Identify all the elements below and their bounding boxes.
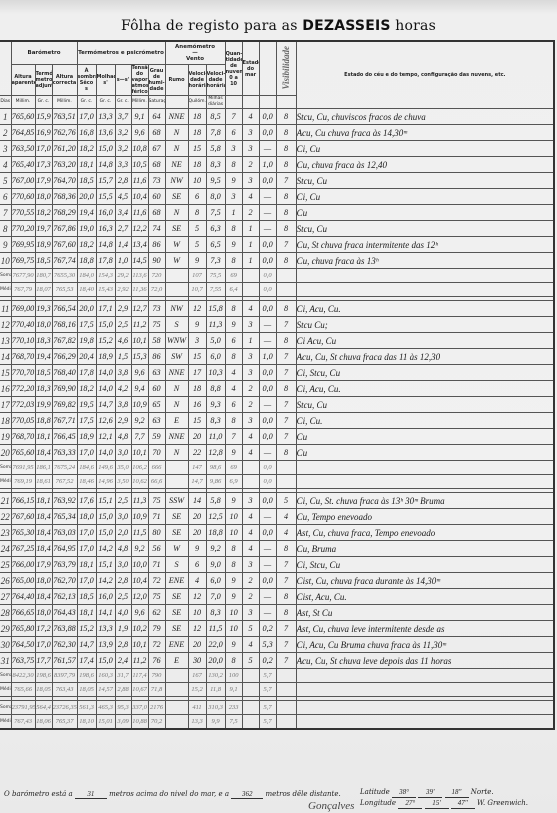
cell-s: 17,8 [77,365,96,381]
cell-t: 19,7 [35,221,52,237]
cell-p: 772,03 [11,397,35,413]
cell-mar: 2 [242,381,259,397]
summary-cell: 15,01 [96,715,115,730]
summary-cell: 107 [188,269,206,283]
cell-ch: 0,0 [259,109,276,125]
summary-cell: 0,0 [259,269,276,283]
cell-m: 14,8 [96,157,115,173]
summary-cell: 15,2 [188,683,206,697]
cell-t: 17,0 [35,637,52,653]
summary-cell: 5,7 [259,715,276,730]
cell-pc: 763,92 [52,493,77,509]
summary-cell: 10,88 [131,715,148,730]
summary-row: Soma7677,90180,77655,30184,0154,329,2113… [0,269,554,283]
cell-vis: 8 [276,141,296,157]
cell-v: 9,6 [131,605,148,621]
cell-k: 14 [188,493,206,509]
cell-v: 9,4 [131,381,148,397]
cell-ml: 18,8 [206,525,225,541]
cell-vis: 7 [276,365,296,381]
cell-s: 19,4 [77,205,96,221]
summary-cell: 8397,79 [52,669,77,683]
summary-row: Média769,1918,61767,5218,4614,963,5010,6… [0,475,554,489]
summary-cell: 18,06 [35,715,52,730]
summary-cell [276,701,296,715]
cell-vis: 7 [276,413,296,429]
cell-t: 17,0 [35,141,52,157]
sky-description: Stcu Cu; [296,317,554,333]
cell-h: 80 [148,525,165,541]
cell-d: 2,5 [115,493,131,509]
sky-description: Stcu, Cu, chuviscos fracos de chuva [296,109,554,125]
summary-cell [165,475,188,489]
cell-p: 765,80 [11,621,35,637]
cell-n: 9 [225,445,242,461]
cell-vis: 8 [276,205,296,221]
cell-ml: 9,3 [206,397,225,413]
summary-cell: 6,4 [225,283,242,297]
cell-s: 18,0 [77,509,96,525]
cell-ch: — [259,333,276,349]
summary-cell: 113,6 [131,269,148,283]
summary-cell: 95,3 [115,701,131,715]
cell-m: 13,3 [96,621,115,637]
cell-v: 10,9 [131,509,148,525]
cell-pc: 767,71 [52,413,77,429]
cell-mar: 3 [242,493,259,509]
cell-r: W [165,237,188,253]
cell-pc: 763,20 [52,157,77,173]
day-cell: 20 [0,445,11,461]
day-cell: 24 [0,541,11,557]
unit-cell [259,96,276,109]
unit-cell [165,96,188,109]
cell-ch: 0,0 [259,381,276,397]
summary-cell: 117,4 [131,669,148,683]
cell-s: 18,1 [77,557,96,573]
cell-h: 86 [148,349,165,365]
cell-k: 18 [188,157,206,173]
unit-cell: Millim. [52,96,77,109]
cell-h: 90 [148,253,165,269]
summary-row: Soma7691,95186,17675,24184,6149,635,0106… [0,461,554,475]
summary-cell [276,669,296,683]
cell-h: 58 [148,333,165,349]
table-row: 6770,6018,0768,3620,015,54,510,460SE68,0… [0,189,554,205]
summary-label: Soma [0,701,11,715]
table-row: 29765,8017,2763,8815,213,31,910,279SE121… [0,621,554,637]
cell-ch: 1,0 [259,349,276,365]
table-row: 20765,6018,4763,3317,014,03,010,170N2212… [0,445,554,461]
cell-r: N [165,397,188,413]
cell-m: 16,3 [96,221,115,237]
cell-p: 770,10 [11,333,35,349]
day-cell: 12 [0,317,11,333]
cell-k: 20 [188,525,206,541]
cell-m: 15,7 [96,173,115,189]
cell-ch: — [259,509,276,525]
day-cell: 13 [0,333,11,349]
header-humidade: Grau de humi-dade [148,65,165,96]
sky-description: Cu, St chuva fraca intermitente das 12ʰ [296,237,554,253]
cell-k: 30 [188,653,206,669]
cell-ch: — [259,221,276,237]
cell-vis: 8 [276,541,296,557]
summary-desc [296,283,554,297]
cell-n: 10 [225,525,242,541]
cell-n: 8 [225,541,242,557]
cell-mar: 4 [242,637,259,653]
table-row: 30764,5017,0762,3014,713,92,810,172ENE20… [0,637,554,653]
cell-k: 20 [188,509,206,525]
summary-cell: 0,0 [259,283,276,297]
cell-v: 7,7 [131,429,148,445]
day-cell: 6 [0,189,11,205]
cell-d: 2,8 [115,573,131,589]
cell-v: 11,3 [131,493,148,509]
cell-pc: 767,60 [52,237,77,253]
cell-s: 19,0 [77,221,96,237]
cell-v: 10,8 [131,141,148,157]
table-row: 8770,2019,7767,8619,016,32,712,274SE56,3… [0,221,554,237]
summary-cell: 149,6 [96,461,115,475]
summary-desc [296,683,554,697]
cell-d: 1,0 [115,253,131,269]
cell-d: 2,7 [115,221,131,237]
summary-cell: 154,3 [96,269,115,283]
cell-h: 56 [148,541,165,557]
day-cell: 16 [0,381,11,397]
cell-n: 10 [225,509,242,525]
summary-cell: 18,46 [77,475,96,489]
day-cell: 31 [0,653,11,669]
cell-m: 13,9 [96,637,115,653]
summary-cell: 18,05 [77,683,96,697]
cell-vis: 7 [276,237,296,253]
cell-r: NE [165,157,188,173]
cell-s: 18,1 [77,157,96,173]
cell-n: 7 [225,109,242,125]
day-cell: 25 [0,557,11,573]
header-rumo: Rumo [165,65,188,96]
cell-t: 16,9 [35,125,52,141]
cell-ml: 8,0 [206,189,225,205]
summary-cell [242,683,259,697]
cell-t: 18,0 [35,317,52,333]
cell-t: 17,9 [35,557,52,573]
table-row: 3763,5017,0761,2018,215,03,210,867N155,8… [0,141,554,157]
cell-t: 18,5 [35,253,52,269]
cell-vis: 7 [276,173,296,189]
summary-cell: 7,55 [206,283,225,297]
cell-ch: 1,0 [259,157,276,173]
table-row: 26765,0018,0762,7017,014,22,810,472ENE46… [0,573,554,589]
cell-k: 20 [188,637,206,653]
cell-k: 20 [188,429,206,445]
cell-h: 65 [148,397,165,413]
latitude-line: Latitude 38° 39' 18" Norte. [360,787,528,798]
cell-p: 770,05 [11,413,35,429]
cell-s: 17,0 [77,525,96,541]
summary-cell: 106,2 [131,461,148,475]
cell-mar: 1 [242,253,259,269]
cell-t: 18,1 [35,429,52,445]
day-cell: 28 [0,605,11,621]
cell-r: SE [165,189,188,205]
cell-m: 12,1 [96,429,115,445]
cell-ch: 0,0 [259,253,276,269]
cell-mar: 2 [242,205,259,221]
summary-cell: 11,36 [131,283,148,297]
sky-description: Ci, Cu. [296,413,554,429]
cell-k: 16 [188,397,206,413]
summary-cell: 66,6 [148,475,165,489]
cell-h: 73 [148,301,165,317]
summary-cell [165,715,188,730]
cell-p: 765,60 [11,109,35,125]
cell-v: 11,2 [131,653,148,669]
header-anemometro: Anemómetro—Vento [165,41,225,65]
cell-r: S [165,557,188,573]
cell-h: 67 [148,141,165,157]
cell-r: SE [165,605,188,621]
summary-cell: 9,1 [225,683,242,697]
cell-mar: 5 [242,621,259,637]
cell-n: 3 [225,189,242,205]
summary-desc [296,669,554,683]
cell-d: 3,0 [115,445,131,461]
cell-m: 14,2 [96,573,115,589]
cell-ml: 22,0 [206,637,225,653]
sky-description: Ast, St Cu [296,605,554,621]
cell-ml: 6,3 [206,221,225,237]
cell-mar: 3 [242,557,259,573]
cell-pc: 763,88 [52,621,77,637]
cell-r: E [165,413,188,429]
table-row: 18770,0518,8767,7117,512,62,99,263E158,3… [0,413,554,429]
table-row: 27764,4018,4762,1318,516,02,512,075SE127… [0,589,554,605]
summary-cell: 765,37 [52,715,77,730]
cell-mar: 4 [242,509,259,525]
summary-cell: 3,09 [115,715,131,730]
summary-cell: 18,10 [77,715,96,730]
cell-s: 17,0 [77,573,96,589]
altitude-value: 31 [75,790,107,799]
cell-t: 18,4 [35,509,52,525]
cell-s: 17,0 [77,541,96,557]
log-body: 1765,6015,9763,5117,013,33,79,164NNE188,… [0,109,554,730]
cell-v: 10,2 [131,621,148,637]
cell-mar: 4 [242,109,259,125]
summary-cell: 337,0 [131,701,148,715]
summary-cell: 411 [188,701,206,715]
cell-s: 20,0 [77,301,96,317]
cell-vis: 8 [276,589,296,605]
cell-mar: 4 [242,525,259,541]
cell-ch: 0,0 [259,493,276,509]
cell-v: 13,4 [131,237,148,253]
sky-description: Stcu, Cu [296,397,554,413]
cell-m: 15,0 [96,525,115,541]
summary-desc [296,461,554,475]
cell-s: 18,2 [77,141,96,157]
sky-description: Ci, Acu, Cu Bruma chuva fraca às 11,30ᵐ [296,637,554,653]
summary-cell: 0,0 [259,461,276,475]
cell-pc: 763,03 [52,525,77,541]
sky-description: Acu, Cu chuva fraca às 14,30ᵐ [296,125,554,141]
table-row: 31763,7517,7761,5717,415,02,411,276E3020… [0,653,554,669]
cell-pc: 767,86 [52,221,77,237]
cell-ch: 5,3 [259,637,276,653]
summary-row: Soma23791,95564,423726,35561,3465,395,33… [0,701,554,715]
cell-p: 767,25 [11,541,35,557]
cell-r: W [165,253,188,269]
cell-pc: 762,13 [52,589,77,605]
sky-description: Acu, Cu, St chuva leve depois das 11 hor… [296,653,554,669]
cell-pc: 769,82 [52,397,77,413]
day-cell: 19 [0,429,11,445]
cell-t: 18,4 [35,541,52,557]
cell-vis: 8 [276,253,296,269]
cell-n: 8 [225,413,242,429]
cell-k: 17 [188,365,206,381]
unit-cell [225,96,242,109]
cell-v: 11,5 [131,525,148,541]
cell-t: 18,4 [35,589,52,605]
cell-ml: 8,3 [206,413,225,429]
cell-ml: 7,3 [206,253,225,269]
cell-n: 9 [225,317,242,333]
cell-t: 18,3 [35,381,52,397]
unit-cell: Gr. c. [77,96,96,109]
cell-d: 3,3 [115,157,131,173]
cell-s: 17,0 [77,109,96,125]
day-cell: 14 [0,349,11,365]
cell-v: 12,2 [131,221,148,237]
cell-r: ENE [165,573,188,589]
summary-cell: 561,3 [77,701,96,715]
cell-ch: 0,0 [259,413,276,429]
cell-pc: 762,76 [52,125,77,141]
cell-t: 18,9 [35,237,52,253]
cell-ch: — [259,397,276,413]
summary-cell [242,701,259,715]
cell-h: 86 [148,237,165,253]
unit-cell: Gr. c. [115,96,131,109]
cell-t: 19,4 [35,349,52,365]
summary-cell [276,269,296,283]
summary-cell: 15,43 [96,283,115,297]
cell-mar: 2 [242,397,259,413]
summary-cell: 5,7 [259,669,276,683]
cell-ch: — [259,589,276,605]
cell-mar: 4 [242,429,259,445]
cell-n: 8 [225,253,242,269]
cell-vis: 8 [276,301,296,317]
cell-m: 14,0 [96,381,115,397]
cell-d: 2,9 [115,413,131,429]
cell-mar: 3 [242,349,259,365]
sky-description: Cist, Acu, Cu. [296,589,554,605]
cell-k: 18 [188,381,206,397]
cell-r: N [165,445,188,461]
cell-ml: 10,3 [206,365,225,381]
cell-t: 18,0 [35,605,52,621]
cell-d: 3,8 [115,397,131,413]
cell-m: 14,0 [96,365,115,381]
cell-h: 60 [148,381,165,397]
summary-cell [165,683,188,697]
sky-description: Ci, Acu, Cu. [296,381,554,397]
cell-m: 14,0 [96,445,115,461]
cell-ch: — [259,605,276,621]
summary-cell: 767,79 [11,283,35,297]
summary-cell: 7,5 [225,715,242,730]
summary-cell: 763,43 [52,683,77,697]
cell-ml: 6,5 [206,237,225,253]
cell-n: 8 [225,157,242,173]
summary-row: Média765,6618,05763,4318,0514,572,8810,6… [0,683,554,697]
summary-cell: 98,6 [206,461,225,475]
table-row: 17772,0319,9769,8219,514,73,810,965N169,… [0,397,554,413]
cell-vis: 8 [276,333,296,349]
cell-n: 4 [225,365,242,381]
cell-d: 3,7 [115,109,131,125]
cell-m: 15,5 [96,189,115,205]
table-row: 5767,0017,9764,7018,515,72,811,673NW109,… [0,173,554,189]
cell-n: 9 [225,573,242,589]
cell-s: 17,5 [77,317,96,333]
cell-k: 6 [188,189,206,205]
cell-k: 10 [188,605,206,621]
cell-ml: 7,0 [206,589,225,605]
summary-desc [296,715,554,730]
cell-pc: 767,82 [52,333,77,349]
cell-r: SE [165,525,188,541]
cell-mar: 4 [242,189,259,205]
summary-desc [296,475,554,489]
cell-k: 15 [188,413,206,429]
cell-t: 17,7 [35,653,52,669]
day-cell: 9 [0,237,11,253]
cell-k: 15 [188,141,206,157]
cell-r: SE [165,509,188,525]
cell-k: 18 [188,125,206,141]
cell-t: 19,9 [35,397,52,413]
cell-pc: 764,70 [52,173,77,189]
summary-row: Soma8422,30198,68397,79198,6160,331,7117… [0,669,554,683]
summary-cell [242,715,259,730]
header-termometros: Termómetros e psicrómetro [77,41,165,65]
summary-cell: 666 [148,461,165,475]
cell-s: 17,6 [77,493,96,509]
cell-n: 6 [225,333,242,349]
summary-cell [165,701,188,715]
cell-ml: 9,2 [206,541,225,557]
summary-row: Média767,7918,07765,5318,4015,432,9211,3… [0,283,554,297]
cell-mar: 2 [242,157,259,173]
cell-p: 764,50 [11,637,35,653]
cell-n: 6 [225,397,242,413]
table-row: 10769,7518,5767,7418,817,81,014,590W97,3… [0,253,554,269]
coordinates: Latitude 38° 39' 18" Norte. Longitude 27… [360,787,528,809]
summary-cell: 14,96 [96,475,115,489]
cell-n: 8 [225,557,242,573]
summary-cell: 35,0 [115,461,131,475]
cell-p: 769,95 [11,237,35,253]
summary-label: Média [0,715,11,730]
cell-d: 4,8 [115,541,131,557]
